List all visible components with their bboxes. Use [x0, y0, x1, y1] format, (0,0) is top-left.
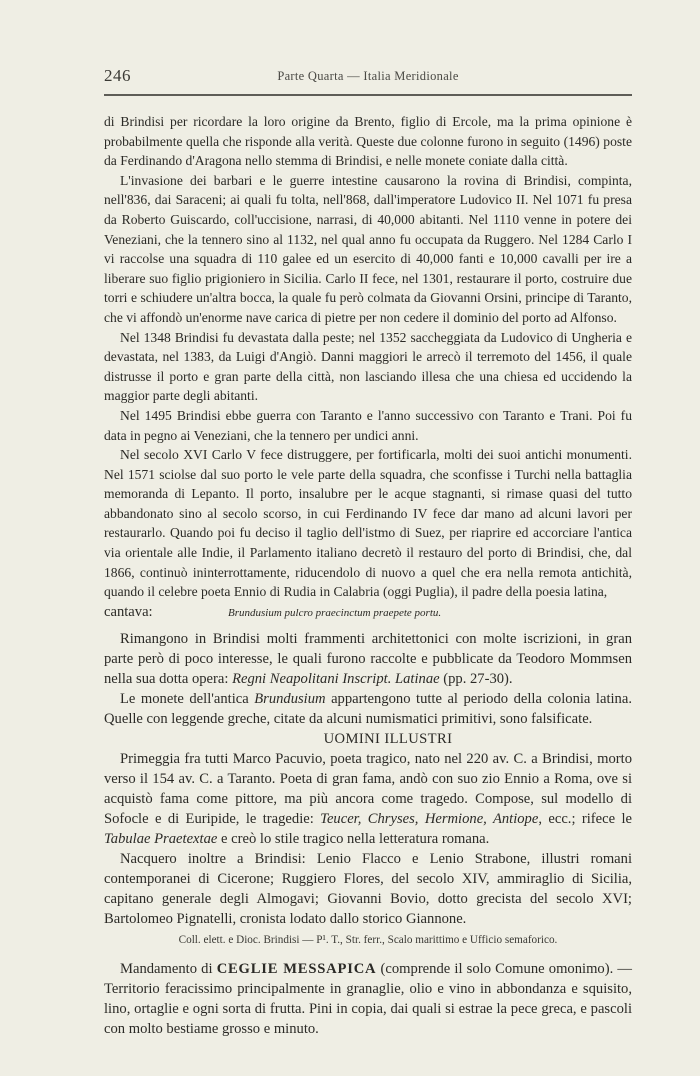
paragraph-16th-century: Nel secolo XVI Carlo V fece distruggere,…: [104, 445, 632, 602]
italic-title: Tabulae Praetextae: [104, 831, 217, 847]
paragraph-coins: Le monete dell'antica Brundusium apparte…: [104, 689, 632, 729]
quote-lead: cantava:: [104, 602, 214, 622]
paragraph-columns-origin: di Brindisi per ricordare la loro origin…: [104, 112, 632, 171]
mandamento-name: CEGLIE MESSAPICA: [217, 961, 377, 977]
paragraph-invasions: L'invasione dei barbari e le guerre inte…: [104, 171, 632, 328]
text: Le monete dell'antica: [120, 691, 254, 707]
italic-term: Brundusium: [254, 691, 325, 707]
italic-title: Regni Neapolitani Inscript. Latinae: [232, 671, 440, 687]
latin-quote: Brundusium pulcro praecinctum praepete p…: [228, 603, 441, 623]
text: , ecc.; rifece le: [538, 811, 632, 827]
text: e creò lo stile tragico nella letteratur…: [217, 831, 489, 847]
text: (pp. 27-30).: [440, 671, 513, 687]
header-rule: [104, 94, 632, 96]
paragraph-plague: Nel 1348 Brindisi fu devastata dalla pes…: [104, 328, 632, 406]
paragraph-war-1495: Nel 1495 Brindisi ebbe guerra con Tarant…: [104, 406, 632, 445]
administrative-note: Coll. elett. e Dioc. Brindisi — P¹. T., …: [104, 931, 632, 949]
book-page: 246 Parte Quarta — Italia Meridionale di…: [104, 62, 632, 1039]
text: Mandamento di: [120, 961, 217, 977]
paragraph-pacuvio: Primeggia fra tutti Marco Pacuvio, poeta…: [104, 749, 632, 849]
running-title: Parte Quarta — Italia Meridionale: [104, 69, 632, 84]
italic-titles: Teucer, Chryses, Hermione, Antiope: [320, 811, 538, 827]
paragraph-mandamento: Mandamento di CEGLIE MESSAPICA (comprend…: [104, 959, 632, 1039]
paragraph-notables: Nacquero inoltre a Brindisi: Lenio Flacc…: [104, 849, 632, 929]
ennio-quote-line: cantava: Brundusium pulcro praecinctum p…: [104, 602, 632, 623]
paragraph-fragments: Rimangono in Brindisi molti frammenti ar…: [104, 629, 632, 689]
section-title: UOMINI ILLUSTRI: [144, 729, 632, 749]
page-header: 246 Parte Quarta — Italia Meridionale: [104, 62, 632, 90]
